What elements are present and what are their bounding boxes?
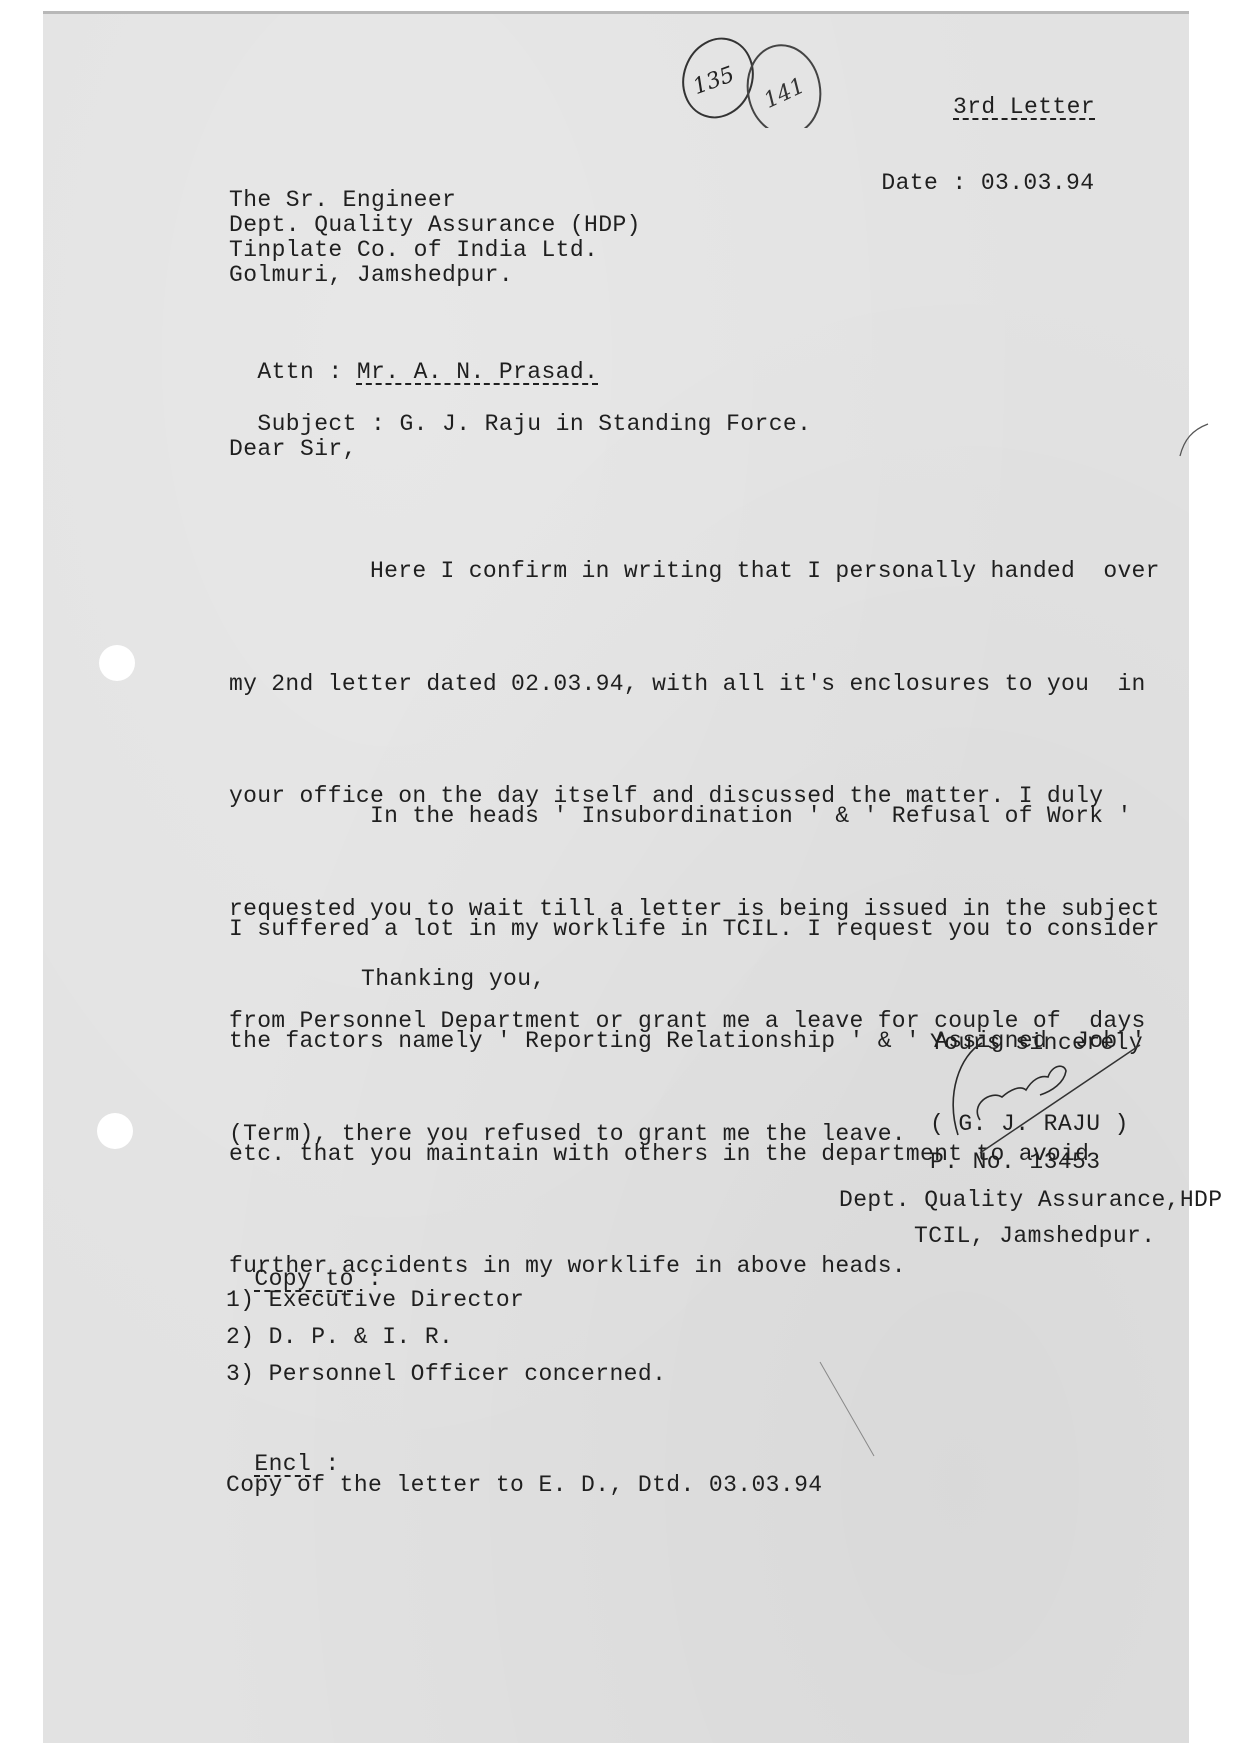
- recipient-line-1: The Sr. Engineer: [229, 187, 456, 213]
- enclosure-heading: Encl :: [226, 1425, 340, 1477]
- attn-label: Attn :: [257, 359, 342, 385]
- date-label: Date: [881, 170, 938, 196]
- enclosure-text: Copy of the letter to E. D., Dtd. 03.03.…: [226, 1472, 823, 1498]
- thanks-line: Thanking you,: [361, 966, 546, 992]
- copy-to-item: 2) D. P. & I. R.: [226, 1324, 453, 1350]
- pencil-stroke-mark: [1170, 420, 1210, 460]
- copy-to-item: 1) Executive Director: [226, 1287, 524, 1313]
- subject-text: G. J. Raju in Standing Force.: [399, 411, 811, 437]
- circled-number-135: 135: [690, 62, 738, 100]
- personal-number: P. No. 13453: [930, 1149, 1100, 1175]
- body-line: my 2nd letter dated 02.03.94, with all i…: [229, 666, 1219, 704]
- signer-department: Dept. Quality Assurance,HDP: [839, 1187, 1222, 1213]
- handwritten-circled-numbers: 135 141: [680, 28, 860, 128]
- punch-hole-top: [99, 645, 135, 681]
- attn-name: Mr. A. N. Prasad.: [357, 359, 598, 385]
- body-line: I suffered a lot in my worklife in TCIL.…: [229, 911, 1219, 949]
- letter-number-label: 3rd Letter: [953, 94, 1095, 120]
- body-line: In the heads ' Insubordination ' & ' Ref…: [229, 798, 1219, 836]
- body-line: Here I confirm in writing that I persona…: [229, 553, 1219, 591]
- date-value: 03.03.94: [981, 170, 1095, 196]
- signature: [940, 1035, 1160, 1155]
- recipient-line-4: Golmuri, Jamshedpur.: [229, 262, 513, 288]
- salutation: Dear Sir,: [229, 436, 357, 462]
- copy-to-heading: Copy to :: [226, 1240, 382, 1292]
- signer-name: ( G. J. RAJU ): [930, 1111, 1129, 1137]
- subject-label: Subject :: [257, 411, 385, 437]
- copy-to-item: 3) Personnel Officer concerned.: [226, 1361, 666, 1387]
- subject-line: Subject : G. J. Raju in Standing Force.: [229, 385, 811, 437]
- recipient-line-3: Tinplate Co. of India Ltd.: [229, 237, 598, 263]
- pencil-line-mark: [818, 1360, 878, 1460]
- date-line: Date : 03.03.94: [853, 144, 1094, 196]
- punch-hole-bottom: [97, 1113, 133, 1149]
- recipient-line-2: Dept. Quality Assurance (HDP): [229, 212, 641, 238]
- circled-number-141: 141: [760, 73, 809, 113]
- signer-location: TCIL, Jamshedpur.: [914, 1223, 1155, 1249]
- attention-line: Attn : Mr. A. N. Prasad.: [229, 333, 598, 385]
